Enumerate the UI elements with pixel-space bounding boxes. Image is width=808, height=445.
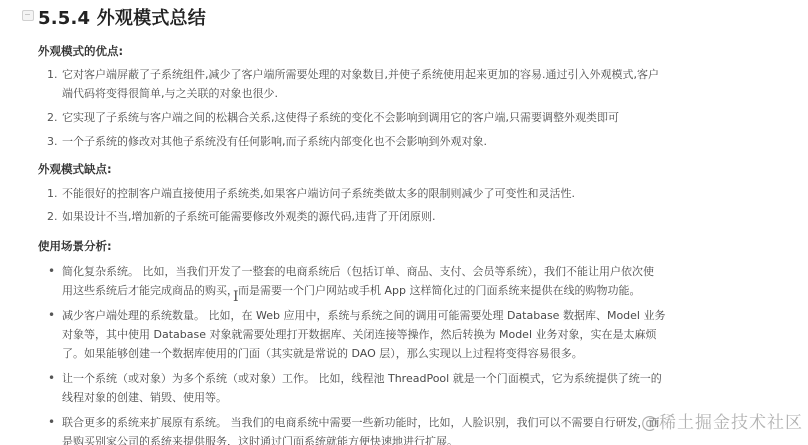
list-marker: 2. — [47, 108, 58, 127]
list-item-line: 端代码将变得很简单,与之关联的对象也很少. — [62, 84, 778, 103]
section-heading-advantages: 外观模式的优点: — [38, 43, 123, 59]
list-item-line: 简化复杂系统。 比如，当我们开发了一整套的电商系统后（包括订单、商品、支付、会员… — [62, 262, 778, 281]
list-item: • 减少客户端处理的系统数量。 比如，在 Web 应用中，系统与系统之间的调用可… — [38, 306, 778, 363]
disadvantages-list: 1. 不能很好的控制客户端直接使用子系统类,如果客户端访问子系统类做太多的限制则… — [38, 184, 778, 226]
list-item-line: 线程对象的创建、销毁、使用等。 — [62, 388, 778, 407]
list-item: 1. 它对客户端屏蔽了子系统组件,减少了客户端所需要处理的对象数目,并使子系统使… — [38, 65, 778, 103]
bullet-marker: • — [48, 369, 55, 388]
list-marker: 2. — [47, 207, 58, 226]
text-cursor-icon: I — [233, 290, 239, 304]
list-item: 1. 不能很好的控制客户端直接使用子系统类,如果客户端访问子系统类做太多的限制则… — [38, 184, 778, 203]
list-marker: 3. — [47, 132, 58, 151]
list-item-line: 它对客户端屏蔽了子系统组件,减少了客户端所需要处理的对象数目,并使子系统使用起来… — [62, 65, 778, 84]
advantages-list: 1. 它对客户端屏蔽了子系统组件,减少了客户端所需要处理的对象数目,并使子系统使… — [38, 65, 778, 151]
list-item-line: 减少客户端处理的系统数量。 比如，在 Web 应用中，系统与系统之间的调用可能需… — [62, 306, 778, 325]
list-item-line: 了。如果能够创建一个数据库使用的门面（其实就是常说的 DAO 层），那么实现以上… — [62, 344, 778, 363]
section-heading-usage: 使用场景分析: — [38, 238, 112, 254]
list-item: • 简化复杂系统。 比如，当我们开发了一整套的电商系统后（包括订单、商品、支付、… — [38, 262, 778, 300]
list-item-line: 是购买别家公司的系统来提供服务，这时通过门面系统就能方便快速地进行扩展。 — [62, 432, 778, 445]
list-item: 3. 一个子系统的修改对其他子系统没有任何影响,而子系统内部变化也不会影响到外观… — [38, 132, 778, 151]
watermark: @稀土掘金技术社区 — [641, 408, 803, 433]
list-item-line: 让一个系统（或对象）为多个系统（或对象）工作。 比如，线程池 ThreadPoo… — [62, 369, 778, 388]
list-item-line: 一个子系统的修改对其他子系统没有任何影响,而子系统内部变化也不会影响到外观对象. — [62, 132, 778, 151]
section-heading-disadvantages: 外观模式缺点: — [38, 161, 112, 177]
list-marker: 1. — [47, 184, 58, 203]
page-title: 5.5.4 外观模式总结 — [38, 4, 206, 30]
list-item: 2. 它实现了子系统与客户端之间的松耦合关系,这使得子系统的变化不会影响到调用它… — [38, 108, 778, 127]
list-item-line: 用这些系统后才能完成商品的购买，而是需要一个门户网站或手机 App 这样简化过的… — [62, 281, 778, 300]
list-item-line: 它实现了子系统与客户端之间的松耦合关系,这使得子系统的变化不会影响到调用它的客户… — [62, 108, 778, 127]
list-item-line: 如果设计不当,增加新的子系统可能需要修改外观类的源代码,违背了开闭原则. — [62, 207, 778, 226]
bullet-marker: • — [48, 306, 55, 325]
list-marker: 1. — [47, 65, 58, 84]
list-item-line: 对象等，其中使用 Database 对象就需要处理打开数据库、关闭连接等操作，然… — [62, 325, 778, 344]
heading-anchor-icon[interactable] — [22, 10, 34, 21]
list-item-line: 不能很好的控制客户端直接使用子系统类,如果客户端访问子系统类做太多的限制则减少了… — [62, 184, 778, 203]
bullet-marker: • — [48, 262, 55, 281]
document-page: 5.5.4 外观模式总结 外观模式的优点: 1. 它对客户端屏蔽了子系统组件,减… — [0, 0, 808, 445]
list-item: • 让一个系统（或对象）为多个系统（或对象）工作。 比如，线程池 ThreadP… — [38, 369, 778, 407]
bullet-marker: • — [48, 413, 55, 432]
list-item: 2. 如果设计不当,增加新的子系统可能需要修改外观类的源代码,违背了开闭原则. — [38, 207, 778, 226]
